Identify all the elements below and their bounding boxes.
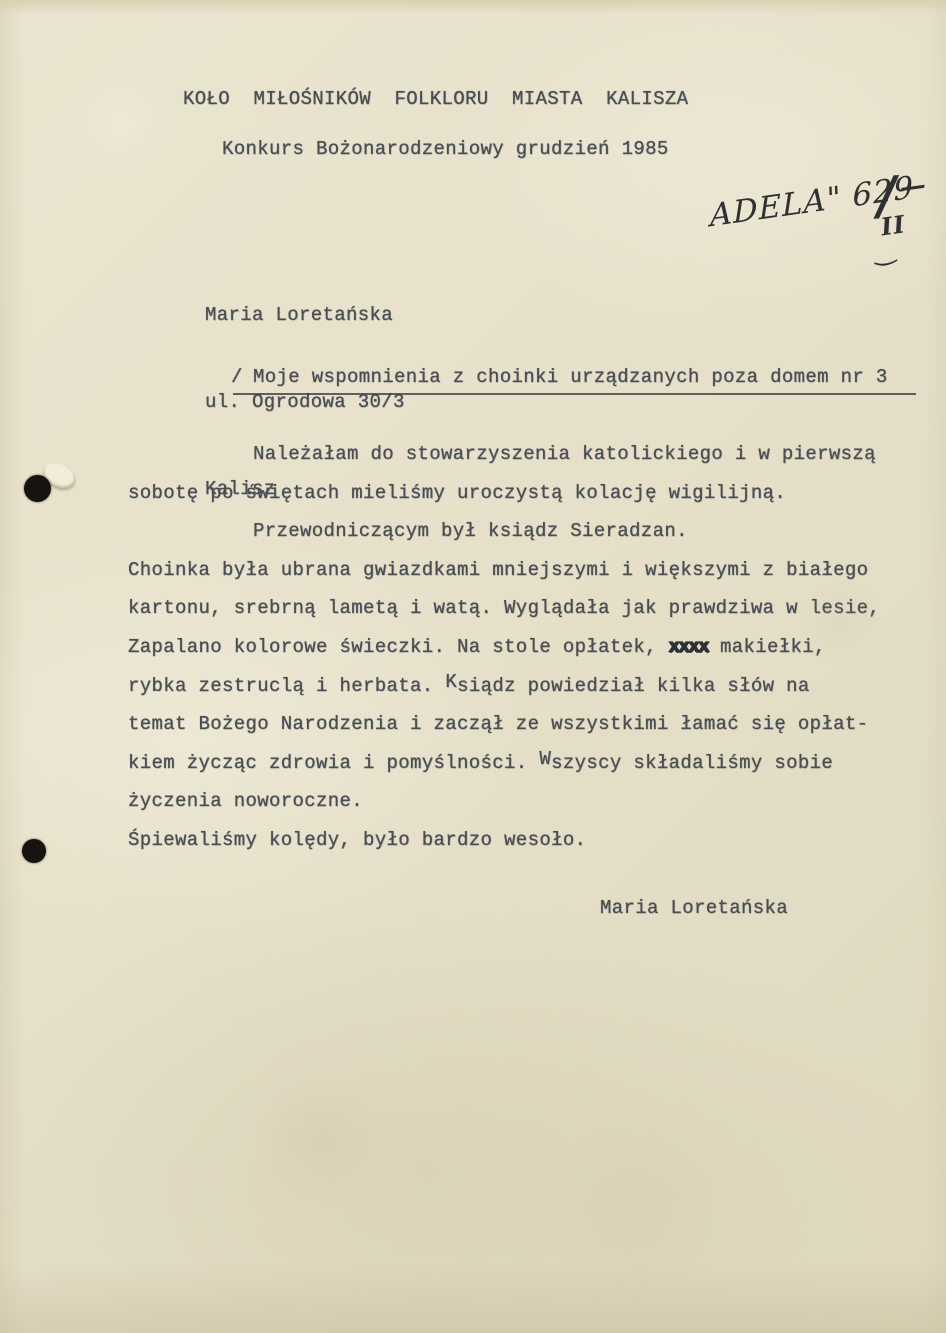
organization-name: KOŁO MIŁOŚNIKÓW FOLKLORU MIASTA KALISZA [183, 88, 688, 110]
author-address-block: Maria Loretańska ul. Ogrodowa 30/3 Kalis… [205, 243, 405, 562]
typed-text: Śpiewaliśmy kolędy, było bardzo wesoło. [128, 829, 586, 851]
body-line: temat Bożego Narodzenia i zaczął ze wszy… [128, 713, 868, 735]
annotation-curve-mark: ‿ [873, 235, 898, 268]
typed-text: Należałam do stowarzyszenia katolickiego… [253, 443, 876, 465]
body-line: kiem życząc zdrowia i pomyślności. Wszys… [128, 752, 833, 774]
typed-text: makiełki, [708, 636, 826, 658]
author-name: Maria Loretańska [205, 301, 405, 330]
hole-punch-bottom [22, 839, 46, 863]
typed-text: sobotę po świętach mieliśmy uroczystą ko… [128, 482, 786, 504]
title-pen-mark: / [231, 366, 243, 388]
typed-text: siądz powiedział kilka słów na [457, 675, 810, 697]
essay-title-underline: / Moje wspomnienia z choinki urządzanych… [233, 366, 916, 395]
body-line: Zapalano kolorowe świeczki. Na stole opł… [128, 636, 826, 658]
signature: Maria Loretańska [600, 897, 788, 919]
essay-title: Moje wspomnienia z choinki urządzanych p… [253, 366, 888, 388]
typed-text: Przewodniczącym był ksiądz Sieradzan. [253, 520, 688, 542]
body-line: Śpiewaliśmy kolędy, było bardzo wesoło. [128, 829, 586, 851]
contest-title: Konkurs Bożonarodzeniowy grudzień 1985 [222, 138, 669, 160]
handwritten-annotation: ADELA" 629 / — II ‿ [705, 153, 946, 294]
typed-text: życzenia noworoczne. [128, 790, 363, 812]
annotation-dash: — [898, 170, 928, 203]
raised-typed-letter: K [445, 671, 457, 693]
typed-text: rybka zestruclą i herbata. [128, 675, 445, 697]
body-line: Choinka była ubrana gwiazdkami mniejszym… [128, 559, 868, 581]
typed-strikeout: xxxx [669, 636, 709, 658]
body-line: Przewodniczącym był ksiądz Sieradzan. [253, 520, 688, 542]
typed-text: kartonu, srebrną lametą i watą. Wyglądał… [128, 597, 880, 619]
body-line: rybka zestruclą i herbata. Ksiądz powied… [128, 675, 810, 697]
raised-typed-letter: W [539, 748, 551, 770]
typed-text: Choinka była ubrana gwiazdkami mniejszym… [128, 559, 868, 581]
body-line: życzenia noworoczne. [128, 790, 363, 812]
body-line: kartonu, srebrną lametą i watą. Wyglądał… [128, 597, 880, 619]
scanned-letter-page: KOŁO MIŁOŚNIKÓW FOLKLORU MIASTA KALISZA … [0, 0, 946, 1333]
typed-text: szyscy składaliśmy sobie [551, 752, 833, 774]
body-line: sobotę po świętach mieliśmy uroczystą ko… [128, 482, 786, 504]
body-line: Należałam do stowarzyszenia katolickiego… [253, 443, 876, 465]
typed-text: temat Bożego Narodzenia i zaczął ze wszy… [128, 713, 868, 735]
typed-text: kiem życząc zdrowia i pomyślności. [128, 752, 539, 774]
hole-punch-top [24, 475, 51, 502]
typed-text: Zapalano kolorowe świeczki. Na stole opł… [128, 636, 669, 658]
